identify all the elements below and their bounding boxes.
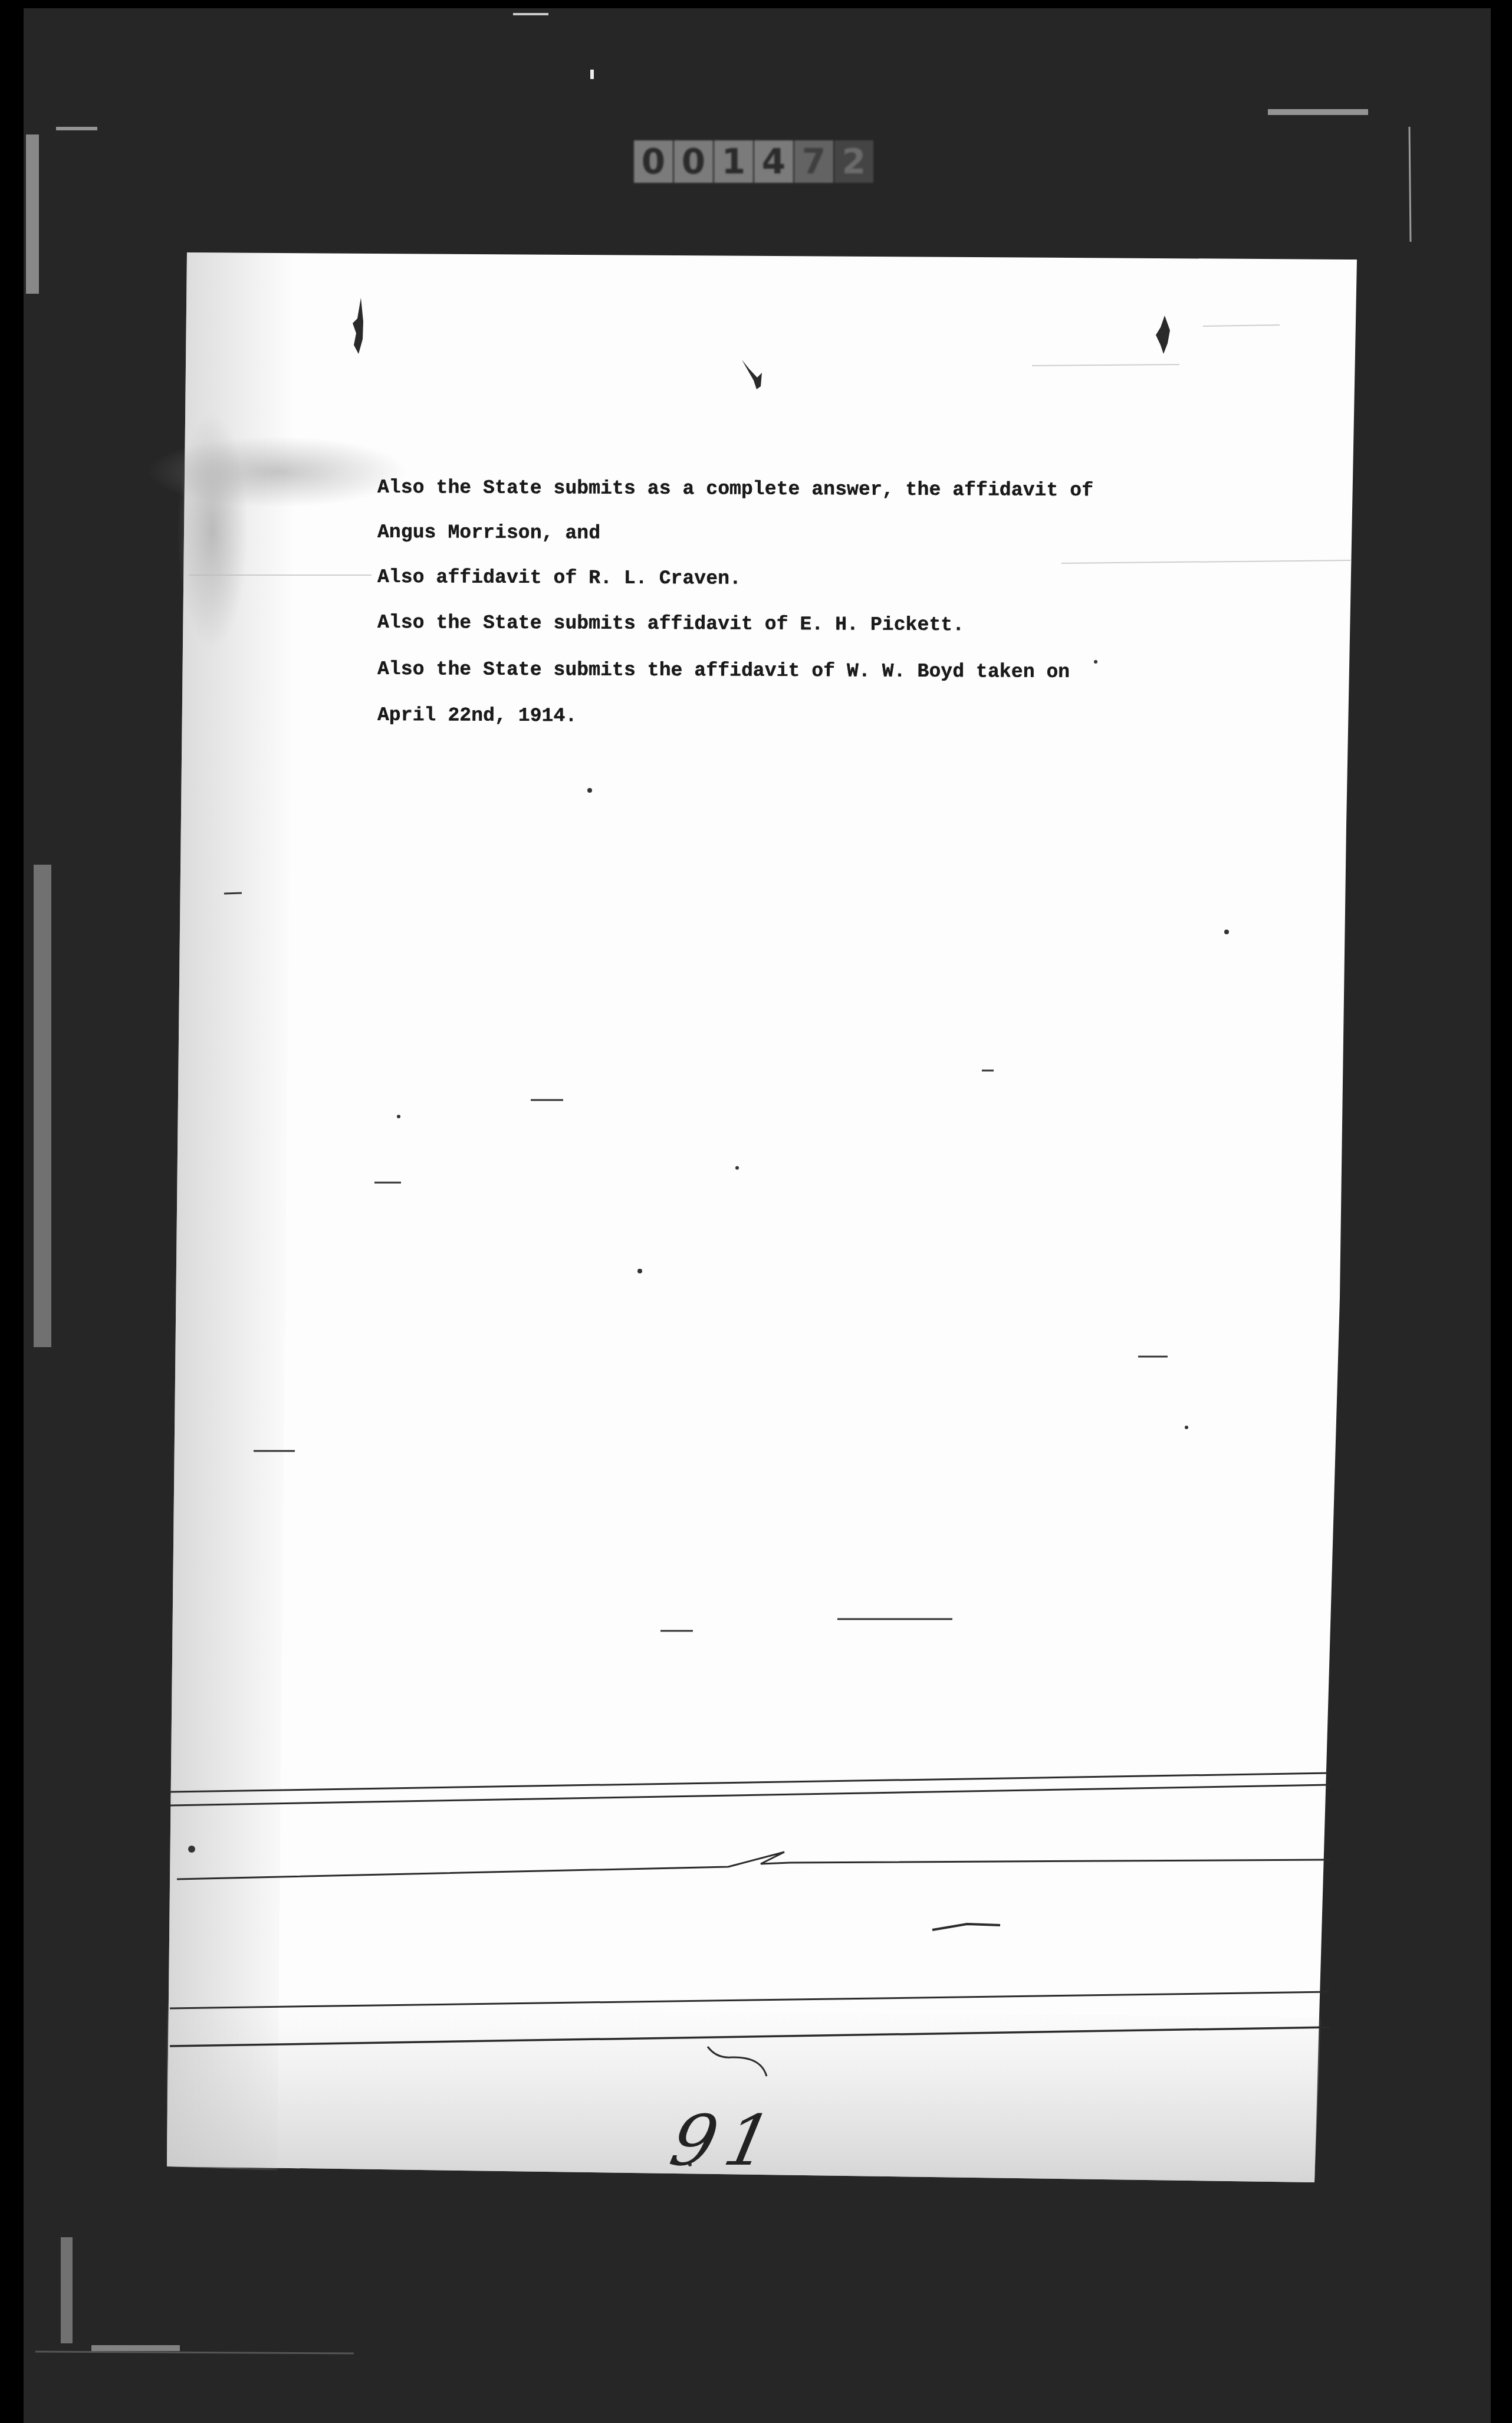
page-number: 91: [663, 2100, 788, 2181]
scanned-document-frame: 0 0 1 4 7 2: [0, 0, 1512, 2423]
paper-sheet: [167, 252, 1357, 2182]
